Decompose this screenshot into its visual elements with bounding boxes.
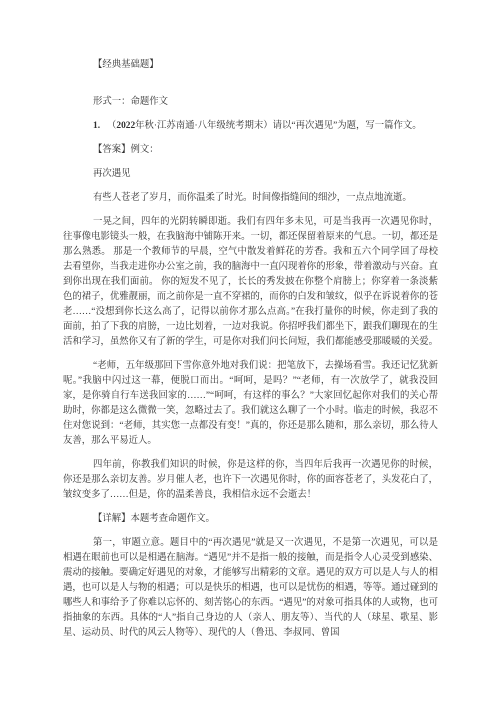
essay-title: 再次遇见 — [63, 167, 438, 182]
document-page: 【经典基础题】 形式一：命题作文 1.（2022年秋·江苏南通·八年级统考期末）… — [0, 0, 500, 707]
essay-paragraph: 一晃之间，四年的光阴转瞬即逝。我们有四年多未见，可是当我再一次遇见你时，往事像电… — [63, 215, 438, 350]
question-number: 1. — [93, 121, 100, 131]
answer-label: 【答案】例文： — [63, 143, 438, 158]
question-item: 1.（2022年秋·江苏南通·八年级统考期末）请以“再次遇见”为题，写一篇作文。 — [63, 119, 438, 134]
essay-paragraph: “老师，五年级那回下雪你意外地对我们说：把笔放下，去操场看雪。我还记忆犹新呢。”… — [63, 359, 438, 449]
question-text: 年秋·江苏南通·八年级统考期末）请以“再次遇见”为题，写一篇作文。 — [135, 121, 421, 131]
question-open-paren: （ — [107, 121, 116, 131]
form-label: 形式一：命题作文 — [63, 95, 438, 110]
question-year: 2022 — [116, 121, 135, 131]
analysis-paragraph: 第一，审题立意。题目中的“再次遇见”就是又一次遇见，不是第一次遇见，可以是相遇在… — [63, 536, 438, 641]
analysis-label: 【详解】本题考查命题作文。 — [63, 512, 438, 527]
section-header: 【经典基础题】 — [63, 58, 438, 73]
essay-paragraph: 有些人苍老了岁月，而你温柔了时光。时间像指缝间的细沙，一点点地流逝。 — [63, 191, 438, 206]
essay-paragraph: 四年前，你教我们知识的时候，你是这样的你，当四年后我再一次遇见你的时候，你还是那… — [63, 458, 438, 503]
